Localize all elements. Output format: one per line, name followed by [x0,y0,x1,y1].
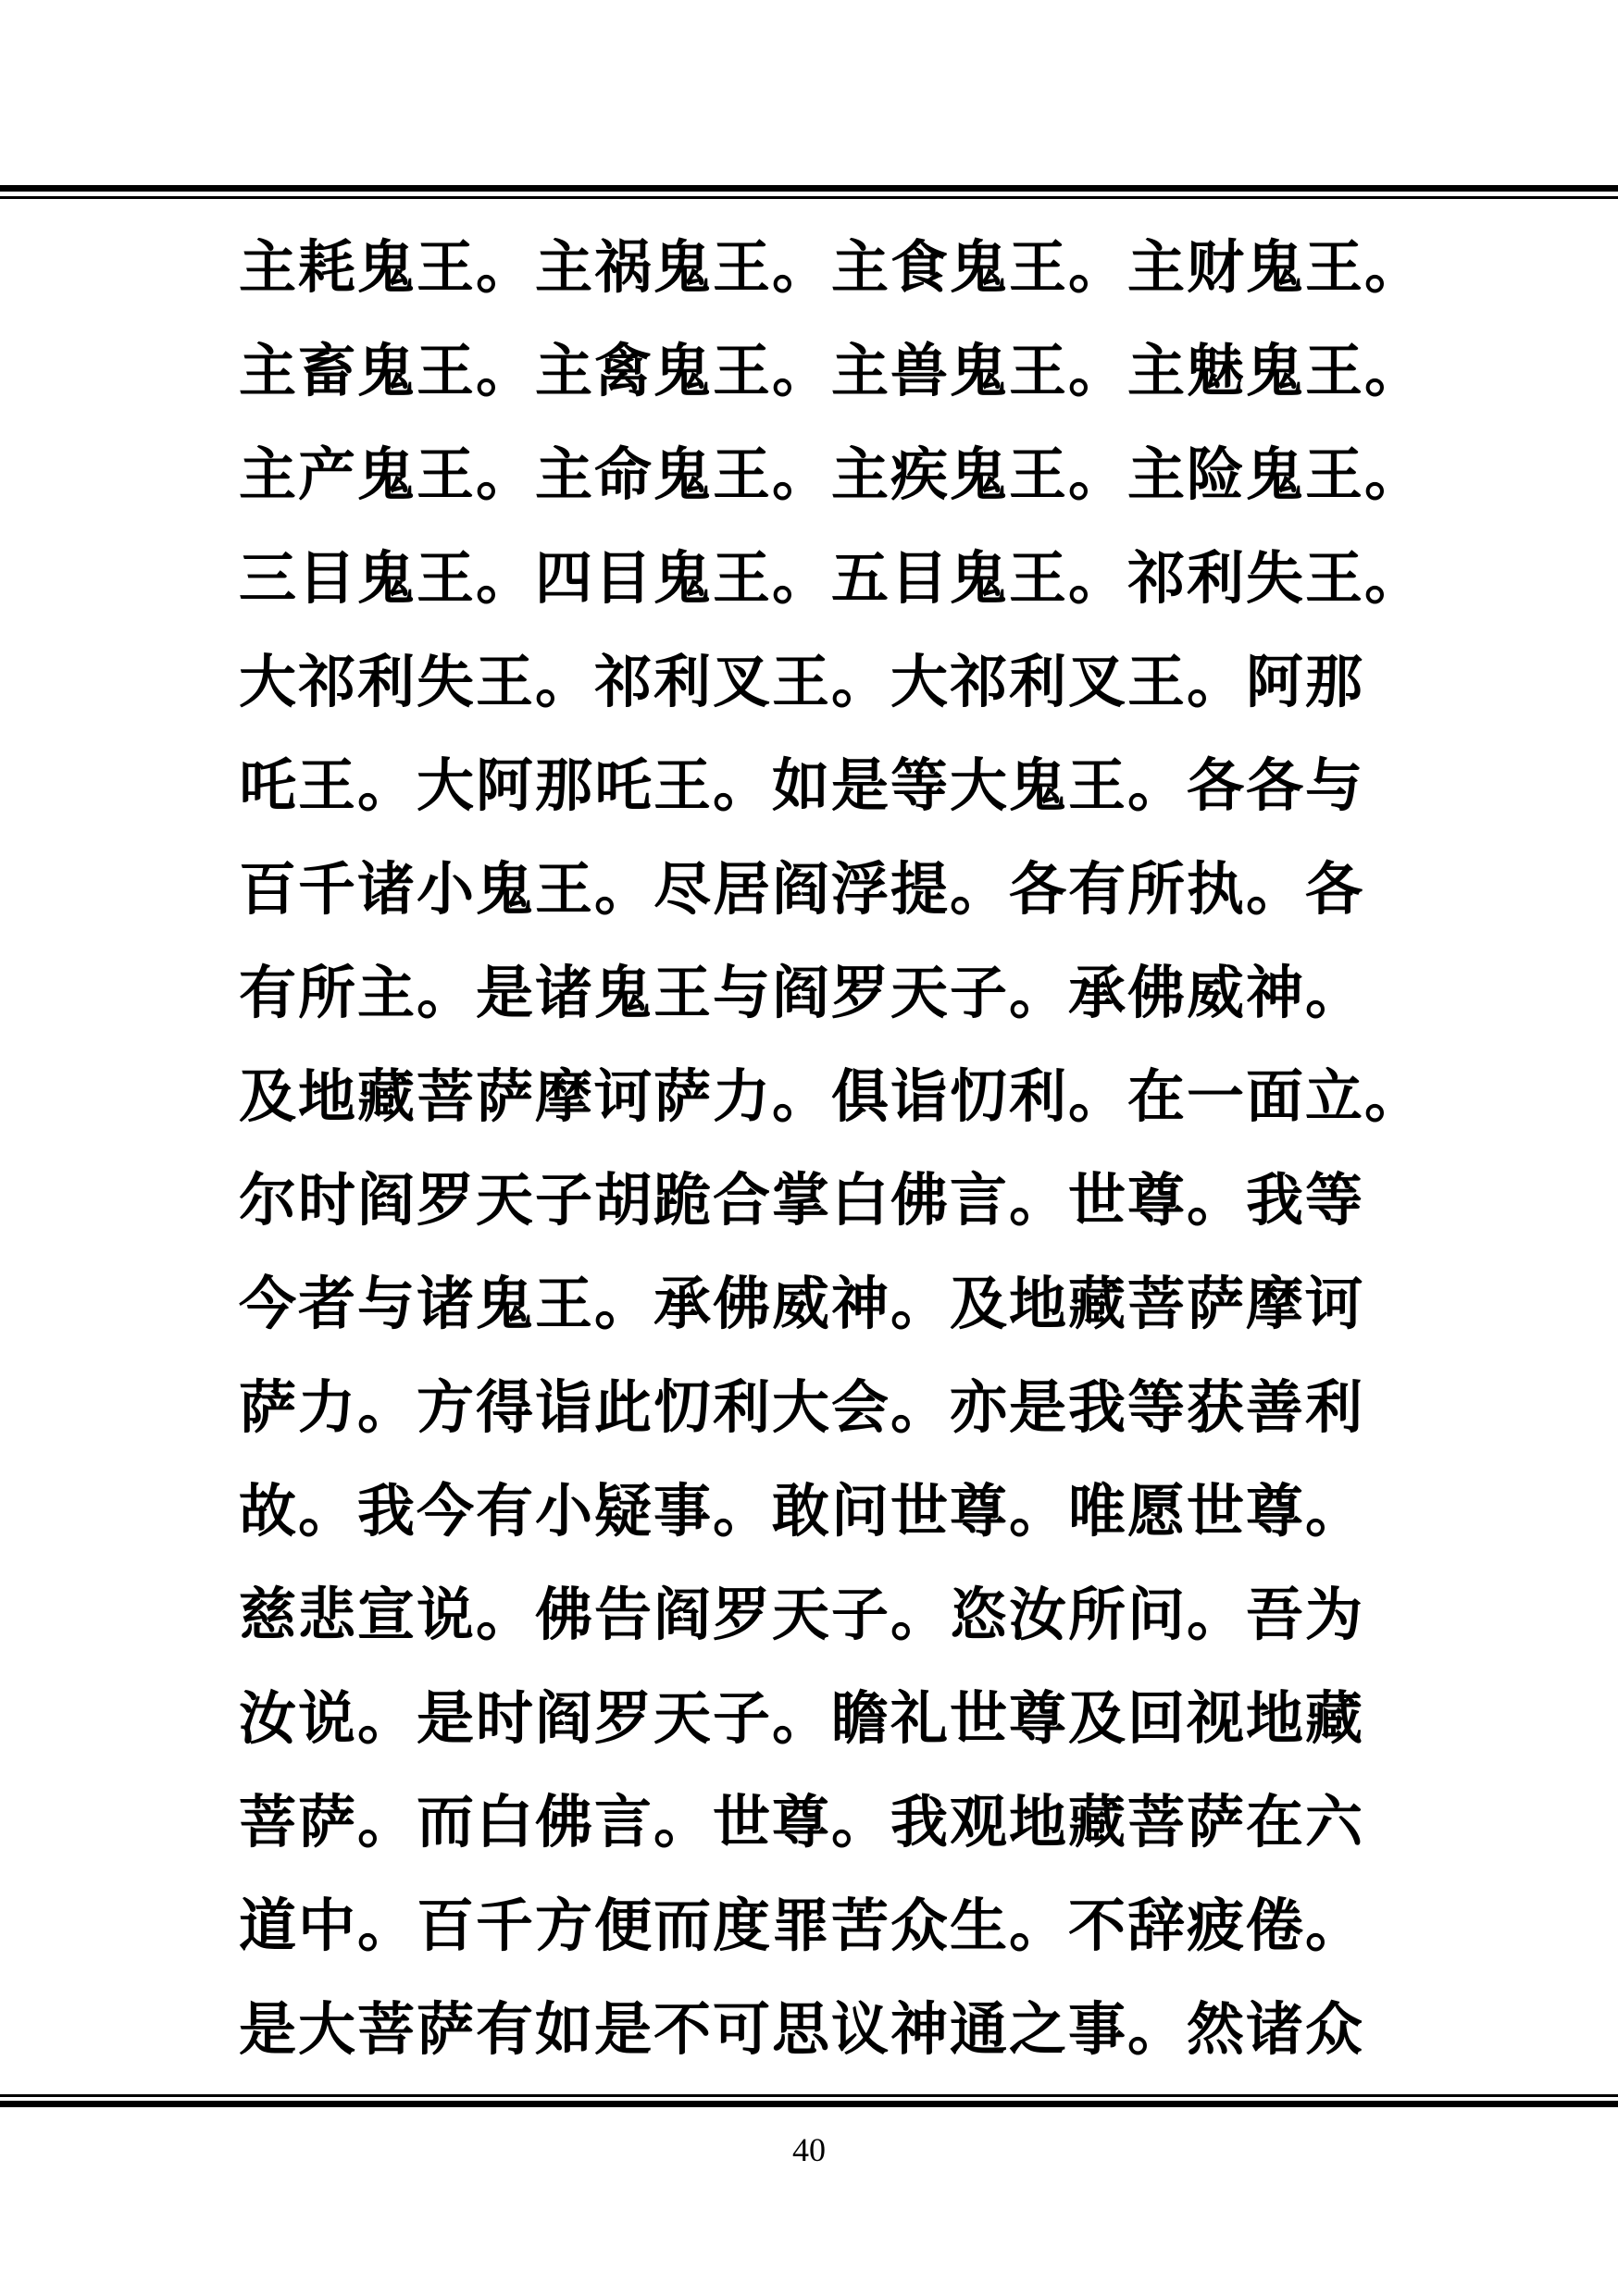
text-line: 道中。百千方便而度罪苦众生。不辞疲倦。 [239,1886,1414,1990]
text-line: 大祁利失王。祁利叉王。大祁利叉王。阿那 [239,642,1414,746]
top-rule-thick [0,185,1618,192]
text-line: 三目鬼王。四目鬼王。五目鬼王。祁利失王。 [239,539,1414,642]
page-number: 40 [0,2130,1618,2169]
text-line: 尔时阎罗天子胡跪合掌白佛言。世尊。我等 [239,1160,1414,1264]
bottom-rule-thick [0,2101,1618,2107]
text-line: 主畜鬼王。主禽鬼王。主兽鬼王。主魅鬼王。 [239,331,1414,435]
text-line: 百千诸小鬼王。尽居阎浮提。各有所执。各 [239,850,1414,953]
text-line: 故。我今有小疑事。敢问世尊。唯愿世尊。 [239,1471,1414,1575]
text-line: 菩萨。而白佛言。世尊。我观地藏菩萨在六 [239,1782,1414,1886]
text-line: 有所主。是诸鬼王与阎罗天子。承佛威神。 [239,953,1414,1057]
text-line: 慈悲宣说。佛告阎罗天子。恣汝所问。吾为 [239,1575,1414,1679]
text-line: 主耗鬼王。主祸鬼王。主食鬼王。主财鬼王。 [239,228,1414,331]
bottom-rule-thin [0,2094,1618,2097]
body-text: 主耗鬼王。主祸鬼王。主食鬼王。主财鬼王。 主畜鬼王。主禽鬼王。主兽鬼王。主魅鬼王… [239,228,1414,2093]
text-line: 汝说。是时阎罗天子。瞻礼世尊及回视地藏 [239,1679,1414,1782]
text-line: 是大菩萨有如是不可思议神通之事。然诸众 [239,1990,1414,2093]
text-line: 今者与诸鬼王。承佛威神。及地藏菩萨摩诃 [239,1264,1414,1368]
text-line: 主产鬼王。主命鬼王。主疾鬼王。主险鬼王。 [239,435,1414,539]
text-line: 及地藏菩萨摩诃萨力。俱诣忉利。在一面立。 [239,1057,1414,1160]
text-line: 萨力。方得诣此忉利大会。亦是我等获善利 [239,1368,1414,1471]
text-line: 吒王。大阿那吒王。如是等大鬼王。各各与 [239,746,1414,850]
top-rule-thin [0,196,1618,199]
